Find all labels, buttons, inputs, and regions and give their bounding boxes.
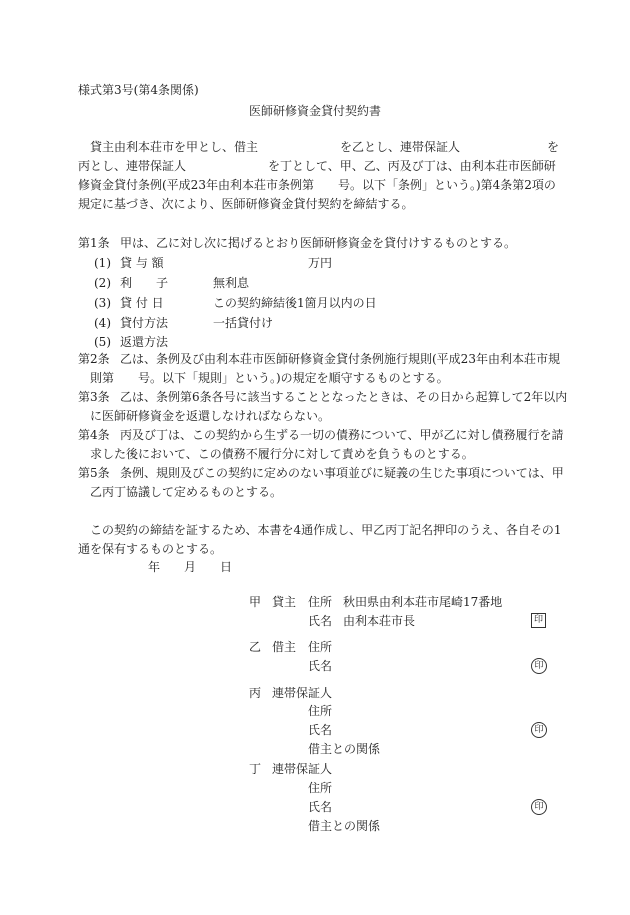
article-label: 第5条 — [78, 466, 110, 481]
name-label: 氏名 — [308, 723, 332, 738]
article-line1: 条例、規則及びこの契約に定めのない事項並びに疑義の生じた事項については、甲 — [120, 466, 564, 481]
seal-circle-icon: 印 — [531, 799, 547, 815]
party-role: 連帯保証人 — [272, 686, 332, 701]
item-number: (5) — [94, 335, 111, 350]
item-number: (1) — [94, 256, 111, 271]
date-year: 年 — [148, 560, 160, 575]
party-role: 貸主 — [272, 595, 296, 610]
name-label: 氏名 — [308, 614, 332, 629]
name-value: 由利本荘市長 — [343, 614, 415, 629]
item-value: 無利息 — [213, 276, 249, 291]
item-label: 貸付方法 — [120, 316, 168, 331]
item-value: この契約締結後1箇月以内の日 — [213, 296, 377, 311]
party-mark: 丙 — [249, 686, 261, 701]
address-label: 住所 — [308, 781, 332, 796]
article-line2: に医師研修資金を返還しなければならない。 — [90, 409, 330, 424]
article-label: 第2条 — [78, 352, 110, 367]
preamble-line2-b: を丁として、甲、乙、丙及び丁は、由利本荘市医師研 — [268, 159, 556, 174]
article-line1: 乙は、条例及び由利本荘市医師研修資金貸付条例施行規則(平成23年由利本荘市規 — [120, 352, 560, 367]
name-label: 氏名 — [308, 800, 332, 815]
address-label: 住所 — [308, 704, 332, 719]
preamble-line1-c: を — [547, 140, 559, 155]
preamble-line1-a: 貸主由利本荘市を甲とし、借主 — [90, 140, 258, 155]
item-number: (2) — [94, 276, 111, 291]
preamble-line3: 修資金貸付条例(平成23年由利本荘市条例第 号。以下「条例」という。)第4条第2… — [78, 178, 556, 193]
article-text: 甲は、乙に対し次に掲げるとおり医師研修資金を貸付けするものとする。 — [120, 236, 516, 251]
article-label: 第3条 — [78, 390, 110, 405]
form-label: 様式第3号(第4条関係) — [78, 83, 199, 98]
article-line2: 求した後において、この債務不履行分に対して責めを負うものとする。 — [90, 447, 474, 462]
seal-circle-icon: 印 — [531, 722, 547, 738]
article-label: 第4条 — [78, 428, 110, 443]
relation-label: 借主との関係 — [308, 819, 380, 834]
party-role: 連帯保証人 — [272, 762, 332, 777]
address-label: 住所 — [308, 640, 332, 655]
address-label: 住所 — [308, 595, 332, 610]
party-mark: 乙 — [249, 640, 261, 655]
seal-square-icon: 印 — [531, 613, 546, 628]
item-number: (4) — [94, 316, 111, 331]
preamble-line1-b: を乙とし、連帯保証人 — [340, 140, 460, 155]
item-label: 利 子 — [120, 276, 168, 291]
date-day: 日 — [220, 560, 232, 575]
name-label: 氏名 — [308, 659, 332, 674]
document-title: 医師研修資金貸付契約書 — [249, 104, 381, 119]
article-line1: 乙は、条例第6条各号に該当することとなったときは、その日から起算して2年以内 — [120, 390, 567, 405]
date-month: 月 — [184, 560, 196, 575]
seal-circle-icon: 印 — [531, 658, 547, 674]
party-mark: 丁 — [249, 762, 261, 777]
item-value: 一括貸付け — [213, 316, 273, 331]
article-line2: 乙丙丁協議して定めるものとする。 — [90, 485, 282, 500]
address-value: 秋田県由利本荘市尾崎17番地 — [343, 595, 502, 610]
party-role: 借主 — [272, 640, 296, 655]
item-label: 貸 与 額 — [120, 256, 164, 271]
article-line2: 則第 号。以下「規則」という。)の規定を順守するものとする。 — [90, 371, 449, 386]
item-label: 返還方法 — [120, 335, 168, 350]
party-mark: 甲 — [249, 595, 261, 610]
item-unit: 万円 — [308, 256, 332, 271]
item-label: 貸 付 日 — [120, 296, 164, 311]
article-line1: 丙及び丁は、この契約から生ずる一切の債務について、甲が乙に対し債務履行を請 — [120, 428, 564, 443]
preamble-line2-a: 丙とし、連帯保証人 — [78, 159, 186, 174]
closing-line1: この契約の締結を証するため、本書を4通作成し、甲乙丙丁記名押印のうえ、各自その1 — [90, 523, 562, 538]
article-label: 第1条 — [78, 236, 110, 251]
item-number: (3) — [94, 296, 111, 311]
preamble-line4: 規定に基づき、次により、医師研修資金貸付契約を締結する。 — [78, 197, 414, 212]
relation-label: 借主との関係 — [308, 742, 380, 757]
closing-line2: 通を保有するものとする。 — [78, 542, 222, 557]
